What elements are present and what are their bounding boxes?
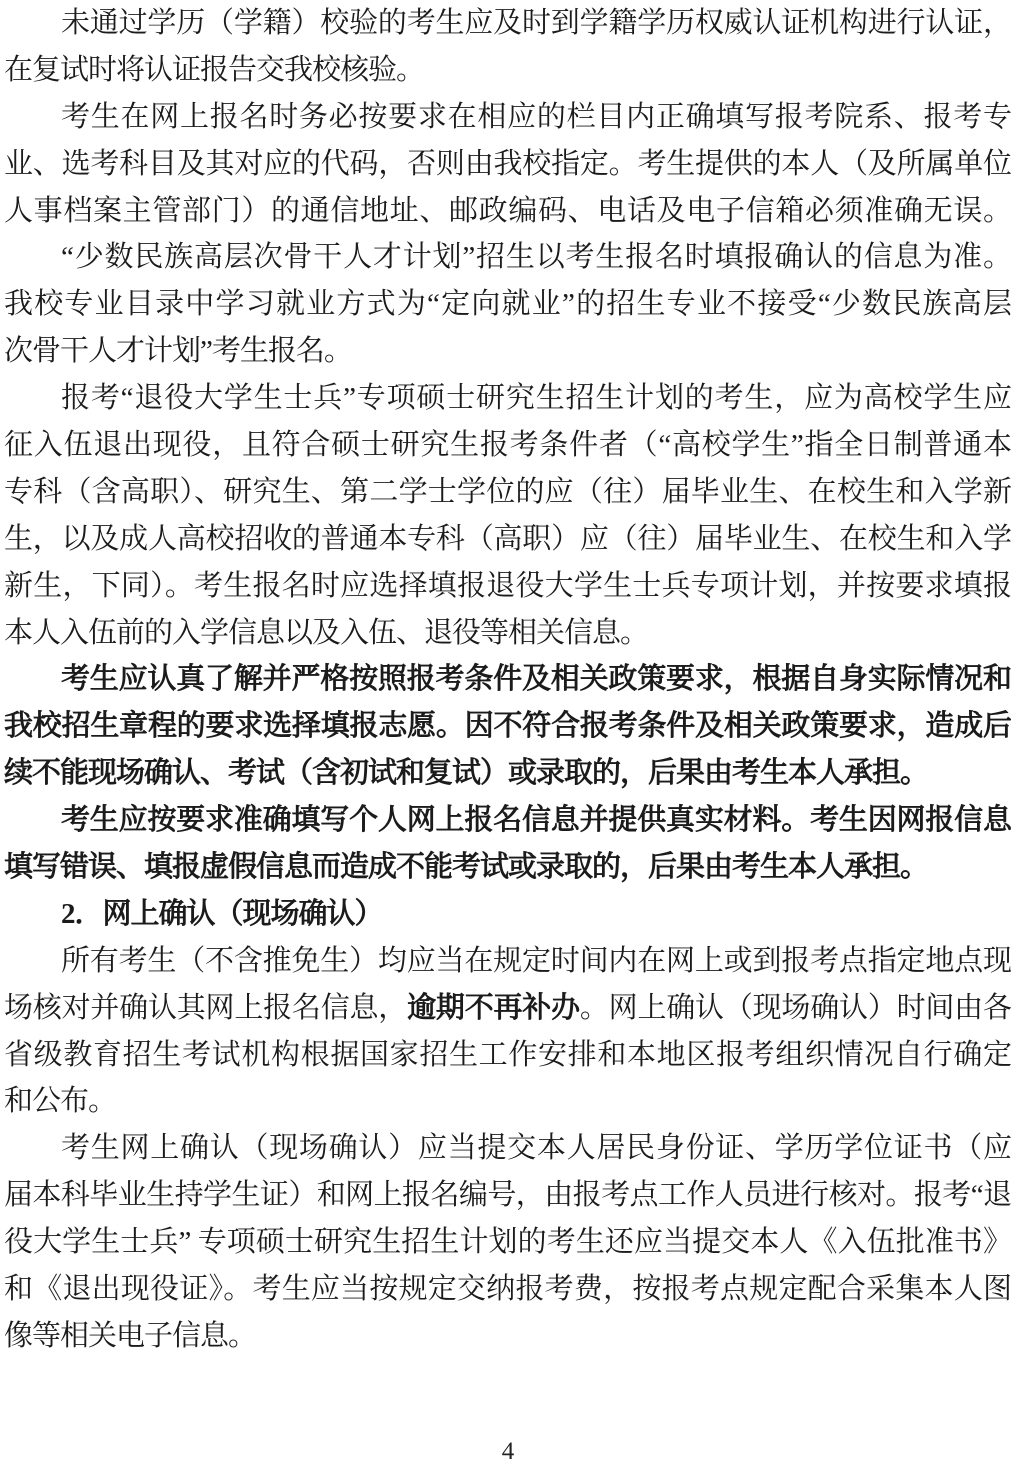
- body-text: 在复试时将认证报告交我校核验。: [4, 54, 424, 86]
- body-text: 和《退出现役证》。考生应当按规定交纳报考费，按报考点规定配合采集本人图: [4, 1273, 1011, 1305]
- page-number: 4: [0, 1438, 1016, 1466]
- body-text: 像等相关电子信息。: [4, 1320, 256, 1352]
- text-line: 考生应按要求准确填写个人网上报名信息并提供真实材料。考生因网报信息: [4, 797, 1011, 844]
- text-line: 生，以及成人高校招收的普通本专科（高职）应（往）届毕业生、在校生和入学: [4, 516, 1011, 563]
- text-line: 场核对并确认其网上报名信息，逾期不再补办。网上确认（现场确认）时间由各: [4, 985, 1011, 1032]
- body-text: 新生，下同）。考生报名时应选择填报退役大学生士兵专项计划，并按要求填报: [4, 570, 1011, 602]
- text-line: 考生应认真了解并严格按照报考条件及相关政策要求，根据自身实际情况和: [4, 656, 1011, 703]
- text-line: 报考“退役大学生士兵”专项硕士研究生招生计划的考生，应为高校学生应: [4, 375, 1011, 422]
- body-text: 人事档案主管部门）的通信地址、邮政编码、电话及电子信箱必须准确无误。: [4, 195, 1011, 227]
- bold-text: 我校招生章程的要求选择填报志愿。因不符合报考条件及相关政策要求，造成后: [4, 710, 1011, 742]
- text-line: 人事档案主管部门）的通信地址、邮政编码、电话及电子信箱必须准确无误。: [4, 188, 1011, 235]
- text-line: 专科（含高职）、研究生、第二学士学位的应（往）届毕业生、在校生和入学新: [4, 469, 1011, 516]
- text-line: 所有考生（不含推免生）均应当在规定时间内在网上或到报考点指定地点现: [4, 938, 1011, 985]
- text-line: 续不能现场确认、考试（含初试和复试）或录取的，后果由考生本人承担。: [4, 750, 1011, 797]
- text-line: 征入伍退出现役，且符合硕士研究生报考条件者（“高校学生”指全日制普通本: [4, 422, 1011, 469]
- bold-text: 2．网上确认（现场确认）: [61, 898, 383, 930]
- text-line: 和《退出现役证》。考生应当按规定交纳报考费，按报考点规定配合采集本人图: [4, 1266, 1011, 1313]
- document-body: 未通过学历（学籍）校验的考生应及时到学籍学历权威认证机构进行认证，在复试时将认证…: [4, 0, 1011, 1360]
- body-text: 征入伍退出现役，且符合硕士研究生报考条件者（“高校学生”指全日制普通本: [4, 429, 1011, 461]
- text-line: 次骨干人才计划”考生报名。: [4, 328, 1011, 375]
- text-line: 届本科毕业生持学生证）和网上报名编号，由报考点工作人员进行核对。报考“退: [4, 1172, 1011, 1219]
- body-text: 所有考生（不含推免生）均应当在规定时间内在网上或到报考点指定地点现: [61, 945, 1011, 977]
- text-line: 役大学生士兵” 专项硕士研究生招生计划的考生还应当提交本人《入伍批准书》: [4, 1219, 1011, 1266]
- body-text: 场核对并确认其网上报名信息，: [4, 992, 407, 1024]
- bold-text: 续不能现场确认、考试（含初试和复试）或录取的，后果由考生本人承担。: [4, 757, 928, 789]
- text-line: 2．网上确认（现场确认）: [4, 891, 1011, 938]
- bold-text: 填写错误、填报虚假信息而造成不能考试或录取的，后果由考生本人承担。: [4, 851, 928, 883]
- text-line: 考生在网上报名时务必按要求在相应的栏目内正确填写报考院系、报考专: [4, 94, 1011, 141]
- text-line: 业、选考科目及其对应的代码，否则由我校指定。考生提供的本人（及所属单位: [4, 141, 1011, 188]
- text-line: 未通过学历（学籍）校验的考生应及时到学籍学历权威认证机构进行认证，: [4, 0, 1011, 47]
- text-line: 新生，下同）。考生报名时应选择填报退役大学生士兵专项计划，并按要求填报: [4, 563, 1011, 610]
- body-text: 和公布。: [4, 1085, 116, 1117]
- text-line: 像等相关电子信息。: [4, 1313, 1011, 1360]
- body-text: 考生网上确认（现场确认）应当提交本人居民身份证、学历学位证书（应: [61, 1132, 1011, 1164]
- body-text: 本人入伍前的入学信息以及入伍、退役等相关信息。: [4, 617, 648, 649]
- bold-text: 考生应按要求准确填写个人网上报名信息并提供真实材料。考生因网报信息: [61, 804, 1011, 836]
- body-text: “少数民族高层次骨干人才计划”招生以考生报名时填报确认的信息为准。: [61, 241, 1011, 273]
- body-text: 届本科毕业生持学生证）和网上报名编号，由报考点工作人员进行核对。报考“退: [4, 1179, 1011, 1211]
- text-line: 和公布。: [4, 1078, 1011, 1125]
- body-text: 未通过学历（学籍）校验的考生应及时到学籍学历权威认证机构进行认证，: [61, 7, 1011, 39]
- text-line: 在复试时将认证报告交我校核验。: [4, 47, 1011, 94]
- text-line: 我校专业目录中学习就业方式为“定向就业”的招生专业不接受“少数民族高层: [4, 281, 1011, 328]
- body-text: 我校专业目录中学习就业方式为“定向就业”的招生专业不接受“少数民族高层: [4, 288, 1011, 320]
- body-text: 业、选考科目及其对应的代码，否则由我校指定。考生提供的本人（及所属单位: [4, 148, 1011, 180]
- text-line: 本人入伍前的入学信息以及入伍、退役等相关信息。: [4, 610, 1011, 657]
- body-text: 。网上确认（现场确认）时间由各: [580, 992, 1011, 1024]
- body-text: 次骨干人才计划”考生报名。: [4, 335, 352, 367]
- body-text: 考生在网上报名时务必按要求在相应的栏目内正确填写报考院系、报考专: [61, 101, 1011, 133]
- text-line: 考生网上确认（现场确认）应当提交本人居民身份证、学历学位证书（应: [4, 1125, 1011, 1172]
- text-line: 我校招生章程的要求选择填报志愿。因不符合报考条件及相关政策要求，造成后: [4, 703, 1011, 750]
- body-text: 专科（含高职）、研究生、第二学士学位的应（往）届毕业生、在校生和入学新: [4, 476, 1011, 508]
- bold-text: 考生应认真了解并严格按照报考条件及相关政策要求，根据自身实际情况和: [61, 663, 1011, 695]
- body-text: 省级教育招生考试机构根据国家招生工作安排和本地区报考组织情况自行确定: [4, 1039, 1011, 1071]
- body-text: 役大学生士兵” 专项硕士研究生招生计划的考生还应当提交本人《入伍批准书》: [4, 1226, 1011, 1258]
- body-text: 生，以及成人高校招收的普通本专科（高职）应（往）届毕业生、在校生和入学: [4, 523, 1011, 555]
- text-line: 填写错误、填报虚假信息而造成不能考试或录取的，后果由考生本人承担。: [4, 844, 1011, 891]
- document-page: 未通过学历（学籍）校验的考生应及时到学籍学历权威认证机构进行认证，在复试时将认证…: [0, 0, 1016, 1469]
- text-line: “少数民族高层次骨干人才计划”招生以考生报名时填报确认的信息为准。: [4, 234, 1011, 281]
- text-line: 省级教育招生考试机构根据国家招生工作安排和本地区报考组织情况自行确定: [4, 1032, 1011, 1079]
- body-text: 报考“退役大学生士兵”专项硕士研究生招生计划的考生，应为高校学生应: [61, 382, 1011, 414]
- bold-text: 逾期不再补办: [407, 992, 580, 1024]
